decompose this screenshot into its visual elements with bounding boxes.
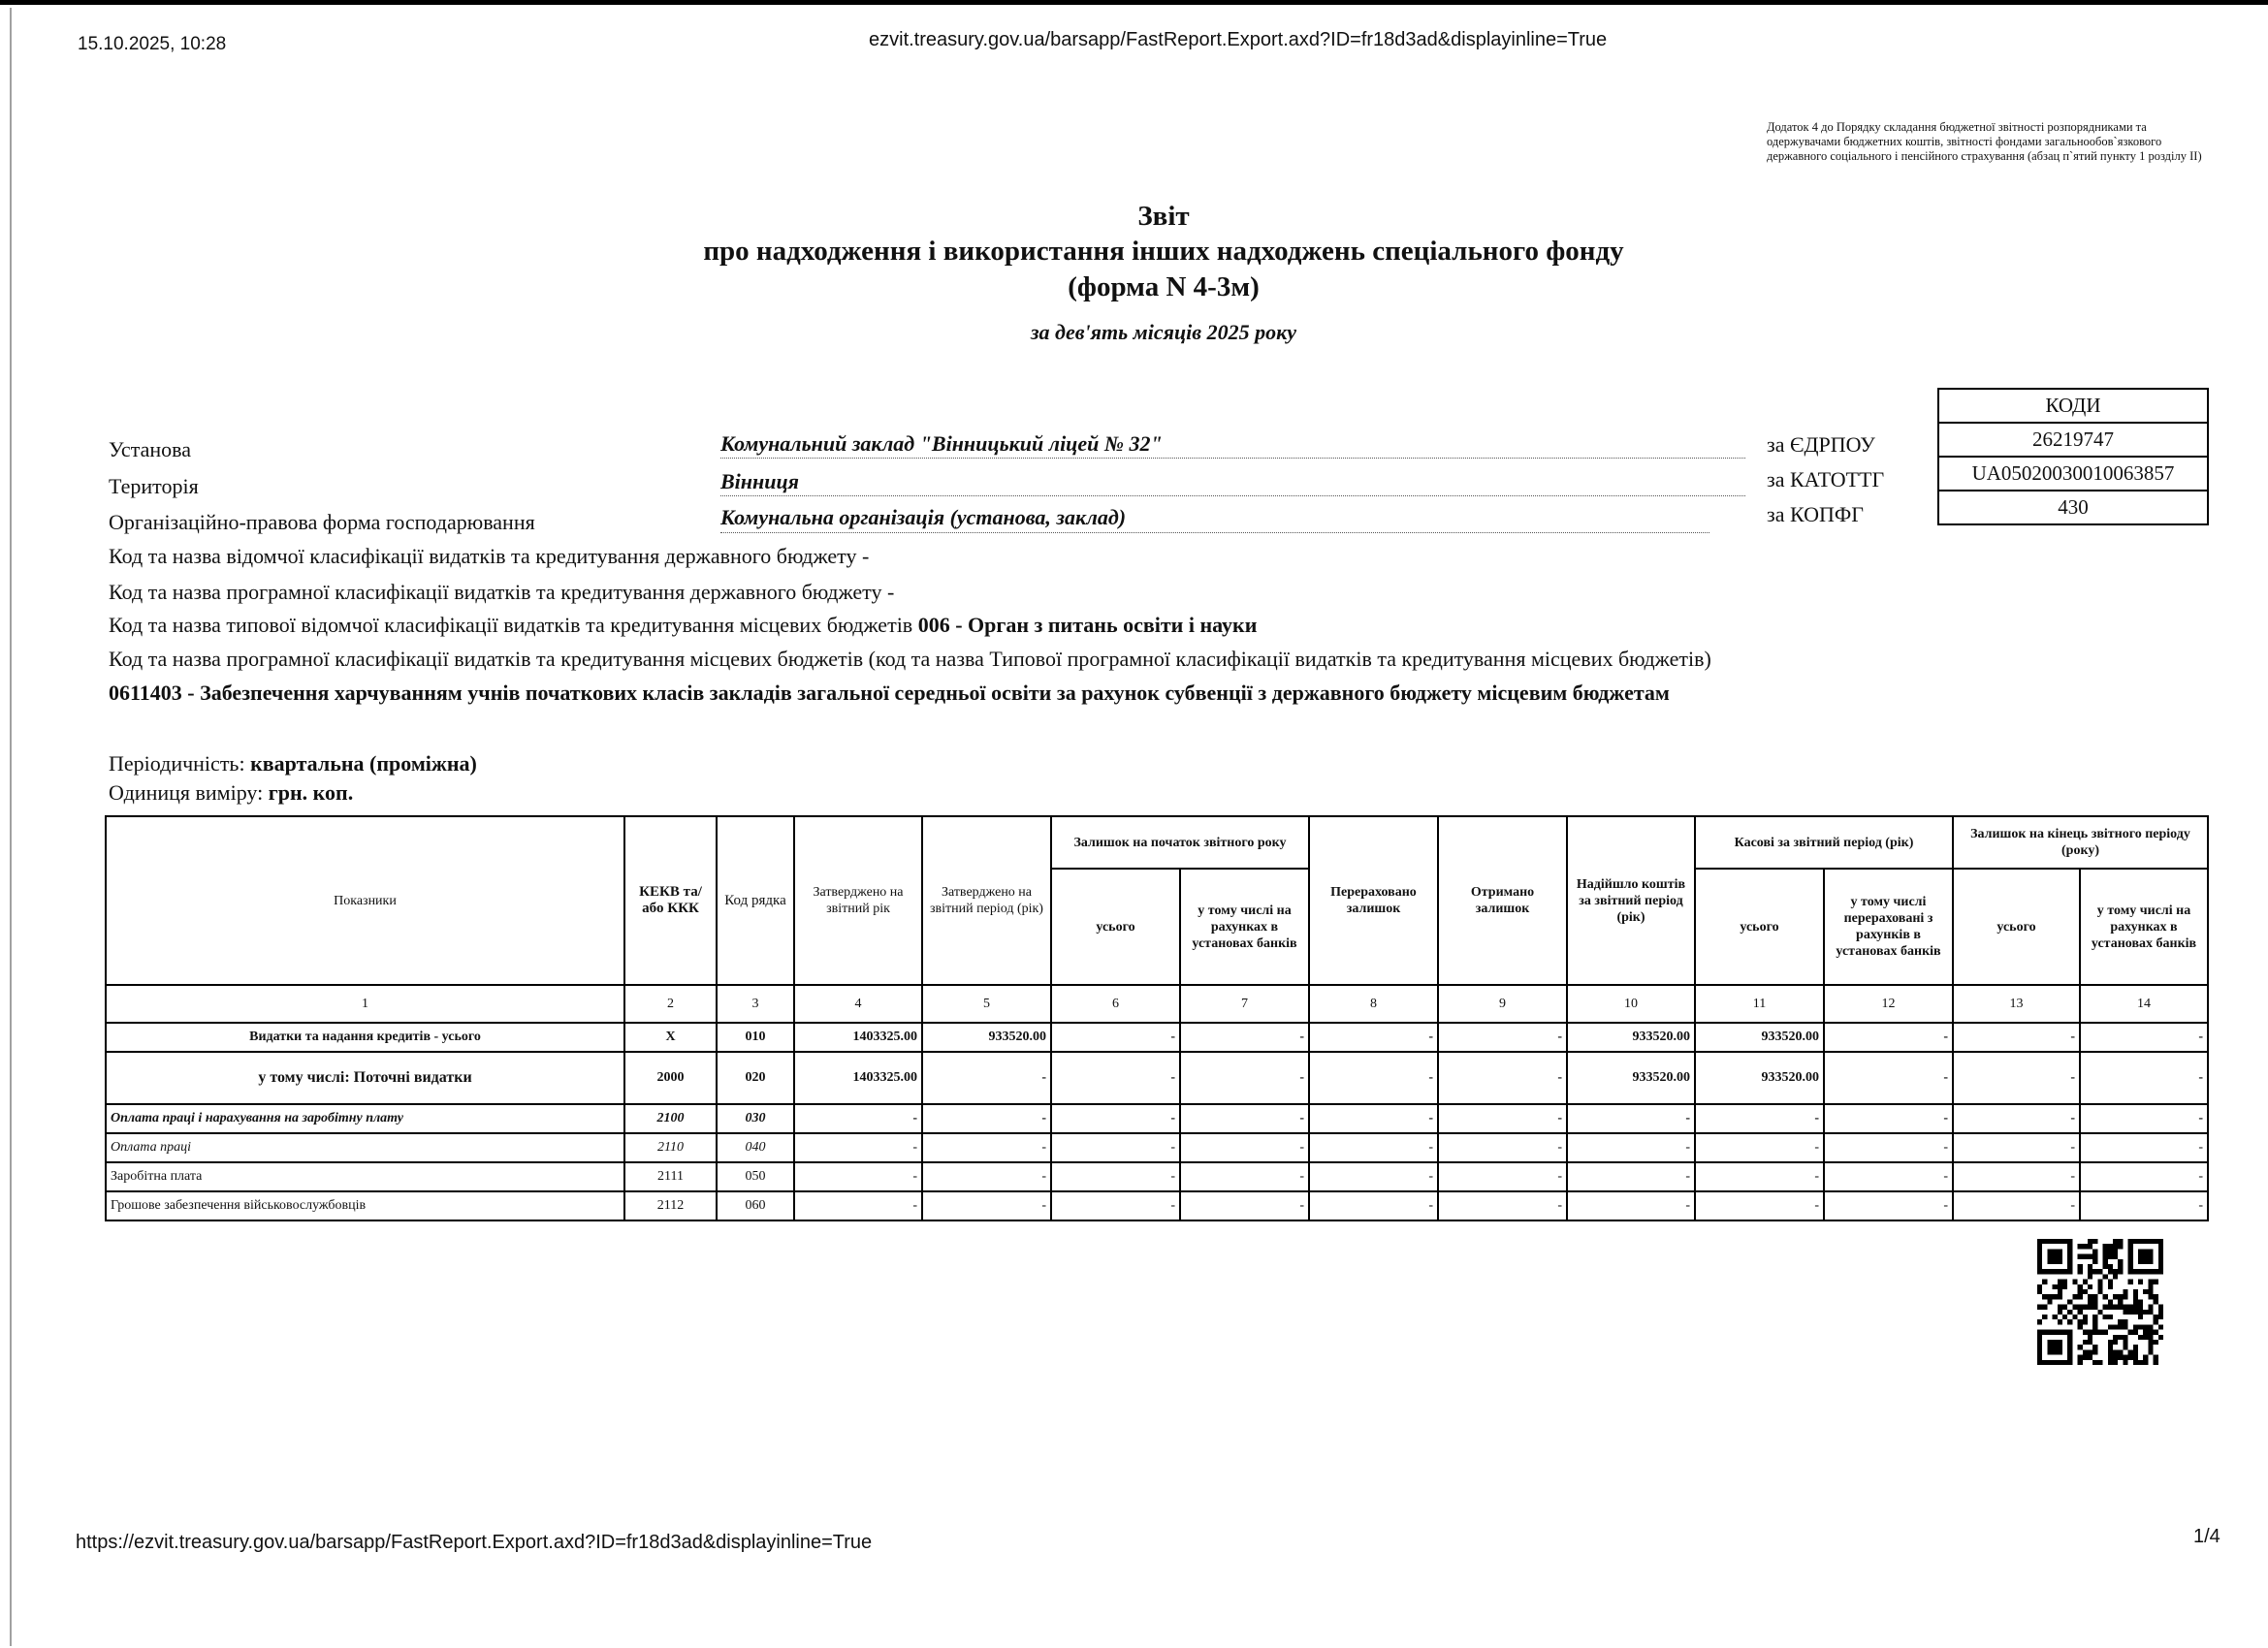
column-number: 6 (1051, 985, 1180, 1023)
row-value-c11: - (1695, 1191, 1824, 1220)
territory-value: Вінниця (720, 469, 799, 494)
row-value-c8: - (1309, 1191, 1438, 1220)
row-kekv: 2111 (624, 1162, 717, 1191)
row-value-c9: - (1438, 1133, 1567, 1162)
row-value-c15: - (2080, 1023, 2208, 1052)
legal-form-label: Організаційно-правова форма господарюван… (109, 510, 535, 535)
th-row-code: Код рядка (717, 816, 794, 985)
report-table: Показники КЕКВ та/або ККК Код рядка Затв… (105, 815, 2209, 1221)
row-value-c6: - (1051, 1104, 1180, 1133)
row-value-c6: - (1051, 1191, 1180, 1220)
row-value-c14: - (1953, 1162, 2080, 1191)
th-income: Надійшло коштів за звітний період (рік) (1567, 816, 1695, 985)
th-approved-year: Затверджено на звітний рік (794, 816, 922, 985)
row-value-c10: - (1567, 1191, 1695, 1220)
row-value-c6: - (1051, 1023, 1180, 1052)
column-number: 2 (624, 985, 717, 1023)
row-value-c14: - (1953, 1133, 2080, 1162)
row-value-c11: - (1695, 1133, 1824, 1162)
row-value-c6: - (1051, 1162, 1180, 1191)
code-value-kopfg: 430 (1938, 491, 2208, 524)
table-row: Видатки та надання кредитів - усьогоX010… (106, 1023, 2208, 1052)
row-value-c7: - (1180, 1162, 1309, 1191)
page-number: 1/4 (2193, 1526, 2220, 1548)
row-value-c8: - (1309, 1133, 1438, 1162)
dept-class-local-value: 006 - Орган з питань освіти і науки (918, 613, 1258, 637)
row-value-c11: 933520.00 (1695, 1052, 1824, 1104)
row-value-c13: - (1824, 1104, 1953, 1133)
table-row: у тому числі: Поточні видатки20000201403… (106, 1052, 2208, 1104)
row-kekv: 2112 (624, 1191, 717, 1220)
table-row: Заробітна плата2111050----------- (106, 1162, 2208, 1191)
th-cash-total: усього (1695, 869, 1824, 985)
row-value-c8: - (1309, 1052, 1438, 1104)
th-balance-end-total: усього (1953, 869, 2080, 985)
th-balance-start-total: усього (1051, 869, 1180, 985)
row-value-c11: 933520.00 (1695, 1023, 1824, 1052)
institution-value: Комунальний заклад "Вінницький ліцей № 3… (720, 431, 1163, 457)
periodicity-label: Періодичність: (109, 751, 245, 776)
row-value-c14: - (1953, 1023, 2080, 1052)
code-label-katottg: за КАТОТТГ (1767, 467, 1884, 492)
row-kekv: 2110 (624, 1133, 717, 1162)
row-value-c5: - (922, 1104, 1051, 1133)
institution-label: Установа (109, 437, 191, 462)
report-form-number: (форма N 4-3м) (0, 271, 2268, 303)
row-value-c4: 1403325.00 (794, 1023, 922, 1052)
row-kekv: 2100 (624, 1104, 717, 1133)
row-value-c4: - (794, 1133, 922, 1162)
column-number: 1 (106, 985, 624, 1023)
row-value-c9: - (1438, 1023, 1567, 1052)
row-indicator: Видатки та надання кредитів - усього (106, 1023, 624, 1052)
prog-class-state: Код та назва програмної класифікації вид… (109, 575, 1757, 609)
row-code: 050 (717, 1162, 794, 1191)
row-value-c15: - (2080, 1133, 2208, 1162)
row-value-c15: - (2080, 1104, 2208, 1133)
th-balance-end: Залишок на кінець звітного періоду (року… (1953, 816, 2208, 869)
th-indicators: Показники (106, 816, 624, 985)
row-value-c13: - (1824, 1191, 1953, 1220)
row-value-c14: - (1953, 1104, 2080, 1133)
row-value-c5: - (922, 1162, 1051, 1191)
row-value-c8: - (1309, 1023, 1438, 1052)
prog-class-local: Код та назва програмної класифікації вид… (109, 642, 1738, 710)
row-value-c5: - (922, 1133, 1051, 1162)
row-value-c13: - (1824, 1052, 1953, 1104)
column-number: 14 (2080, 985, 2208, 1023)
th-cash-banks: у тому числі перераховані з рахунків в у… (1824, 869, 1953, 985)
column-number: 7 (1180, 985, 1309, 1023)
unit: Одиниця виміру: грн. коп. (109, 776, 1757, 809)
periodicity-value: квартальна (проміжна) (250, 751, 477, 776)
row-value-c7: - (1180, 1104, 1309, 1133)
dept-class-local: Код та назва типової відомчої класифікац… (109, 608, 1757, 642)
row-value-c5: 933520.00 (922, 1023, 1051, 1052)
row-value-c7: - (1180, 1133, 1309, 1162)
column-number: 5 (922, 985, 1051, 1023)
th-balance-end-banks: у тому числі на рахунках в установах бан… (2080, 869, 2208, 985)
row-value-c4: - (794, 1162, 922, 1191)
row-value-c7: - (1180, 1023, 1309, 1052)
row-value-c9: - (1438, 1162, 1567, 1191)
row-code: 010 (717, 1023, 794, 1052)
print-footer-url: https://ezvit.treasury.gov.ua/barsapp/Fa… (76, 1532, 872, 1554)
row-value-c15: - (2080, 1052, 2208, 1104)
codes-table: КОДИ 26219747 UA05020030010063857 430 (1937, 388, 2209, 525)
row-value-c13: - (1824, 1162, 1953, 1191)
row-value-c10: 933520.00 (1567, 1023, 1695, 1052)
row-value-c13: - (1824, 1023, 1953, 1052)
territory-label: Територія (109, 474, 199, 499)
row-code: 030 (717, 1104, 794, 1133)
row-kekv: X (624, 1023, 717, 1052)
report-title: Звіт (0, 201, 2268, 233)
code-label-edrpou: за ЄДРПОУ (1767, 432, 1875, 458)
row-value-c7: - (1180, 1191, 1309, 1220)
report-period: за дев'ять місяців 2025 року (0, 320, 2268, 345)
legal-form-underline (720, 532, 1709, 533)
row-value-c10: - (1567, 1133, 1695, 1162)
column-number: 11 (1695, 985, 1824, 1023)
institution-underline (720, 458, 1745, 459)
row-indicator: Оплата праці (106, 1133, 624, 1162)
row-value-c10: - (1567, 1162, 1695, 1191)
row-value-c4: - (794, 1191, 922, 1220)
row-value-c4: 1403325.00 (794, 1052, 922, 1104)
table-row: Оплата праці2110040----------- (106, 1133, 2208, 1162)
row-indicator: Оплата праці і нарахування на заробітну … (106, 1104, 624, 1133)
row-value-c10: - (1567, 1104, 1695, 1133)
row-value-c13: - (1824, 1133, 1953, 1162)
codes-header: КОДИ (1938, 389, 2208, 423)
column-number: 10 (1567, 985, 1695, 1023)
table-row: Грошове забезпечення військовослужбовців… (106, 1191, 2208, 1220)
print-header-url: ezvit.treasury.gov.ua/barsapp/FastReport… (869, 29, 1607, 51)
row-value-c5: - (922, 1052, 1051, 1104)
row-indicator: Грошове забезпечення військовослужбовців (106, 1191, 624, 1220)
column-number: 3 (717, 985, 794, 1023)
row-value-c11: - (1695, 1104, 1824, 1133)
print-datetime: 15.10.2025, 10:28 (78, 34, 226, 55)
qr-code-icon (2037, 1239, 2163, 1365)
code-value-katottg: UA05020030010063857 (1938, 457, 2208, 491)
th-approved-period: Затверджено на звітний період (рік) (922, 816, 1051, 985)
scan-top-border (0, 0, 2268, 5)
row-value-c8: - (1309, 1104, 1438, 1133)
column-number: 13 (1953, 985, 2080, 1023)
row-value-c9: - (1438, 1191, 1567, 1220)
prog-class-local-label: Код та назва програмної класифікації вид… (109, 647, 1711, 671)
row-indicator: у тому числі: Поточні видатки (106, 1052, 624, 1104)
row-value-c14: - (1953, 1052, 2080, 1104)
row-code: 040 (717, 1133, 794, 1162)
row-value-c6: - (1051, 1052, 1180, 1104)
th-cash: Касові за звітний період (рік) (1695, 816, 1953, 869)
territory-underline (720, 495, 1745, 496)
column-number: 4 (794, 985, 922, 1023)
appendix-note: Додаток 4 до Порядку складання бюджетної… (1767, 120, 2213, 164)
legal-form-value: Комунальна організація (установа, заклад… (720, 505, 1126, 530)
column-number: 12 (1824, 985, 1953, 1023)
unit-label: Одиниця виміру: (109, 780, 263, 805)
row-indicator: Заробітна плата (106, 1162, 624, 1191)
row-code: 060 (717, 1191, 794, 1220)
row-value-c15: - (2080, 1191, 2208, 1220)
th-balance-start-banks: у тому числі на рахунках в установах бан… (1180, 869, 1309, 985)
column-number: 9 (1438, 985, 1567, 1023)
prog-class-local-value: 0611403 - Забезпечення харчуванням учнів… (109, 681, 1670, 705)
column-number: 8 (1309, 985, 1438, 1023)
th-transferred: Перераховано залишок (1309, 816, 1438, 985)
row-value-c9: - (1438, 1052, 1567, 1104)
dept-class-local-label: Код та назва типової відомчої класифікац… (109, 613, 912, 637)
row-value-c8: - (1309, 1162, 1438, 1191)
row-value-c9: - (1438, 1104, 1567, 1133)
table-row: Оплата праці і нарахування на заробітну … (106, 1104, 2208, 1133)
unit-value: грн. коп. (269, 780, 353, 805)
code-value-edrpou: 26219747 (1938, 423, 2208, 457)
report-subtitle: про надходження і використання інших над… (0, 236, 2268, 268)
row-value-c4: - (794, 1104, 922, 1133)
th-balance-start: Залишок на початок звітного року (1051, 816, 1309, 869)
row-value-c11: - (1695, 1162, 1824, 1191)
th-received: Отримано залишок (1438, 816, 1567, 985)
row-value-c5: - (922, 1191, 1051, 1220)
th-kekv: КЕКВ та/або ККК (624, 816, 717, 985)
row-kekv: 2000 (624, 1052, 717, 1104)
row-value-c6: - (1051, 1133, 1180, 1162)
row-value-c10: 933520.00 (1567, 1052, 1695, 1104)
row-value-c15: - (2080, 1162, 2208, 1191)
dept-class-state: Код та назва відомчої класифікації видат… (109, 539, 1757, 573)
code-label-kopfg: за КОПФГ (1767, 502, 1864, 527)
row-value-c14: - (1953, 1191, 2080, 1220)
row-value-c7: - (1180, 1052, 1309, 1104)
row-code: 020 (717, 1052, 794, 1104)
